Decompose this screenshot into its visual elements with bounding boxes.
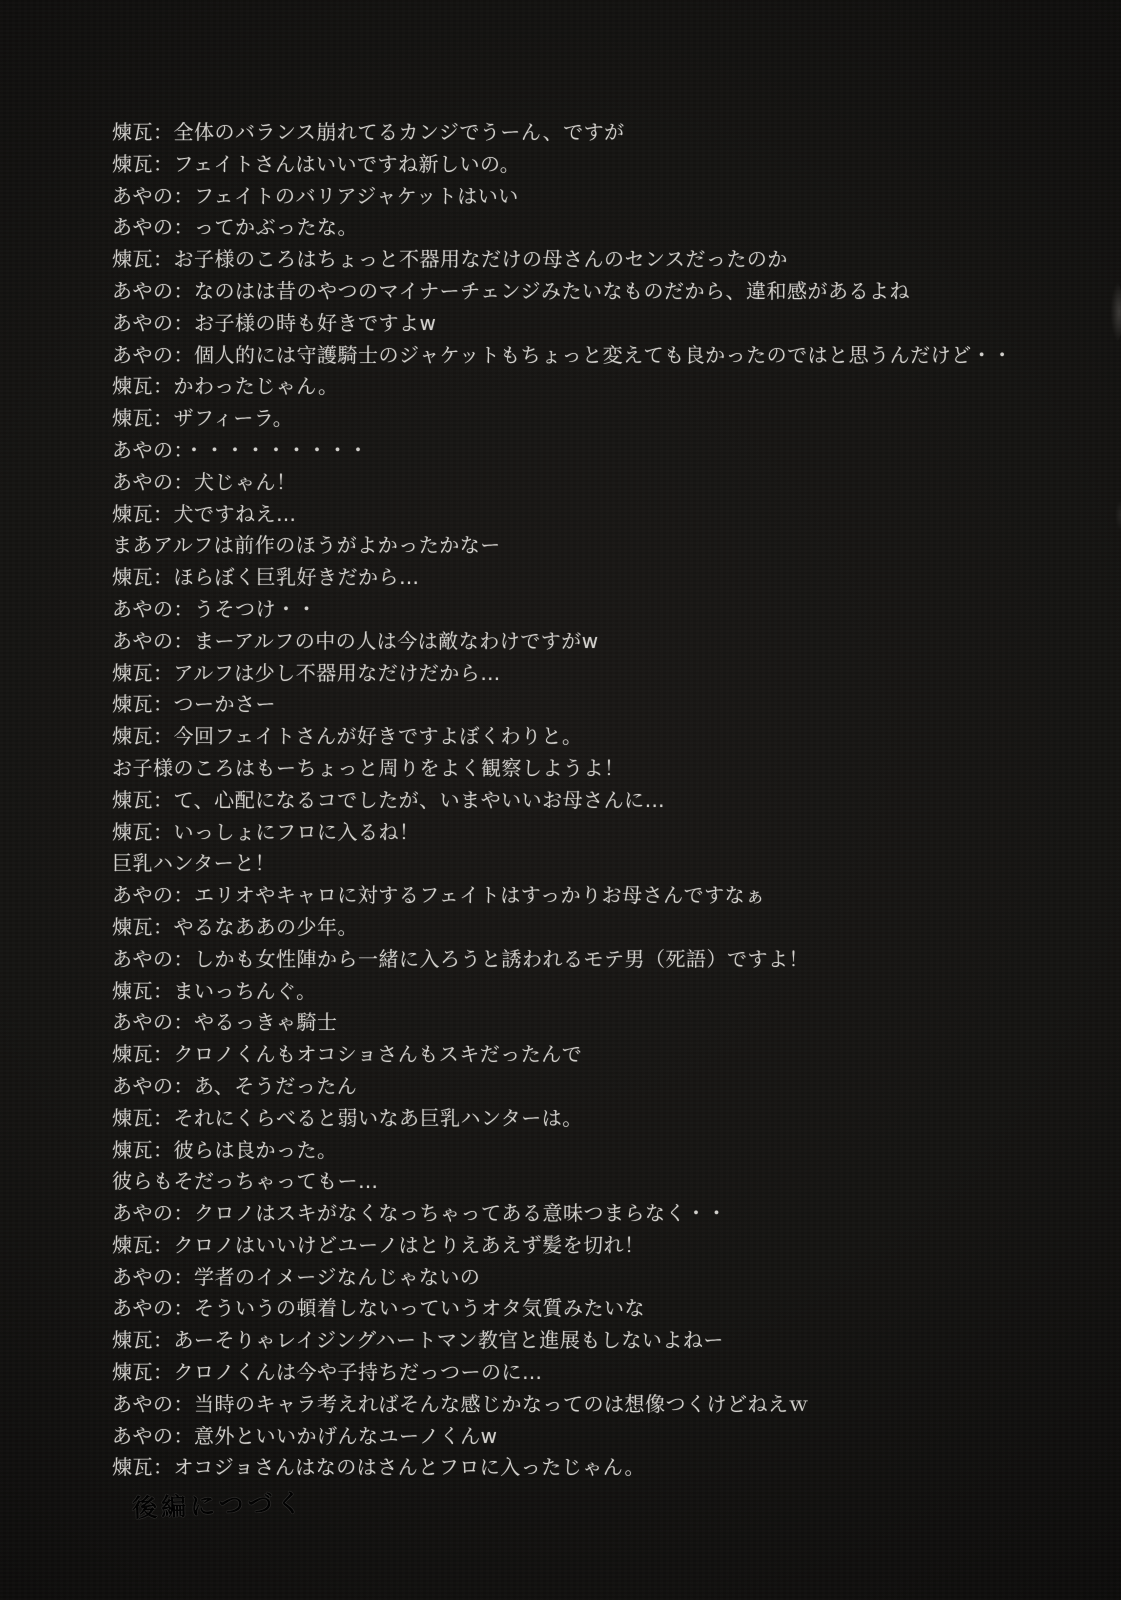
dialogue-line: 煉瓦：全体のバランス崩れてるカンジでうーん、ですが xyxy=(112,117,1072,149)
dialogue-line: まあアルフは前作のほうがよかったかなー xyxy=(112,530,1072,562)
dialogue-line: あやの：当時のキャラ考えればそんな感じかなってのは想像つくけどねえｗ xyxy=(112,1389,1072,1421)
dialogue-line: 煉瓦：今回フェイトさんが好きですよぼくわりと。 xyxy=(112,721,1072,753)
dialogue-line: 煉瓦：て、心配になるコでしたが、いまやいいお母さんに… xyxy=(112,785,1072,817)
scan-edge-artifact xyxy=(1111,283,1121,341)
dialogue-line: 煉瓦：オコジョさんはなのはさんとフロに入ったじゃん。 xyxy=(112,1452,1072,1484)
dialogue-line: あやの：エリオやキャロに対するフェイトはすっかりお母さんですなぁ xyxy=(112,880,1072,912)
dialogue-line: 煉瓦：まいっちんぐ。 xyxy=(112,976,1072,1008)
dialogue-line: あやの：ってかぶったな。 xyxy=(112,212,1072,244)
dialogue-lines: 煉瓦：全体のバランス崩れてるカンジでうーん、ですが煉瓦：フェイトさんはいいですね… xyxy=(112,117,1072,1484)
dialogue-line: 煉瓦：彼らは良かった。 xyxy=(112,1135,1072,1167)
dialogue-line: 煉瓦：犬ですねえ… xyxy=(112,499,1072,531)
dialogue-line: あやの：あ、そうだったん xyxy=(112,1071,1072,1103)
scanned-doujin-text-page: 煉瓦：全体のバランス崩れてるカンジでうーん、ですが煉瓦：フェイトさんはいいですね… xyxy=(0,0,1121,1600)
scan-edge-artifact xyxy=(1115,500,1121,530)
dialogue-line: お子様のころはもーちょっと周りをよく観察しようよ！ xyxy=(112,753,1072,785)
dialogue-line: 煉瓦：ザフィーラ。 xyxy=(112,403,1072,435)
dialogue-line: 煉瓦：クロノはいいけどユーノはとりえあえず髪を切れ！ xyxy=(112,1230,1072,1262)
dialogue-line: 煉瓦：やるなああの少年。 xyxy=(112,912,1072,944)
dialogue-line: あやの：しかも女性陣から一緒に入ろうと誘われるモテ男（死語）ですよ！ xyxy=(112,944,1072,976)
dialogue-line: 巨乳ハンターと！ xyxy=(112,848,1072,880)
dialogue-line: 煉瓦：あーそりゃレイジングハートマン教官と進展もしないよねー xyxy=(112,1325,1072,1357)
dialogue-line: あやの：そういうの頓着しないっていうオタ気質みたいな xyxy=(112,1293,1072,1325)
dialogue-line: あやの：・・・・・・・・・ xyxy=(112,435,1072,467)
dialogue-line: 煉瓦：かわったじゃん。 xyxy=(112,371,1072,403)
to-be-continued-note: 後編につづく xyxy=(131,1483,306,1524)
dialogue-line: 煉瓦：ほらぼく巨乳好きだから… xyxy=(112,562,1072,594)
dialogue-line: 煉瓦：アルフは少し不器用なだけだから… xyxy=(112,658,1072,690)
dialogue-line: あやの：学者のイメージなんじゃないの xyxy=(112,1262,1072,1294)
dialogue-line: あやの：なのはは昔のやつのマイナーチェンジみたいなものだから、違和感があるよね xyxy=(112,276,1072,308)
dialogue-line: あやの：まーアルフの中の人は今は敵なわけですがw xyxy=(112,626,1072,658)
dialogue-line: あやの：お子様の時も好きですよw xyxy=(112,308,1072,340)
dialogue-line: あやの：うそつけ・・ xyxy=(112,594,1072,626)
dialogue-line: 煉瓦：それにくらべると弱いなあ巨乳ハンターは。 xyxy=(112,1103,1072,1135)
dialogue-line: あやの：犬じゃん！ xyxy=(112,467,1072,499)
dialogue-line: 煉瓦：いっしょにフロに入るね！ xyxy=(112,817,1072,849)
dialogue-line: あやの：意外といいかげんなユーノくんw xyxy=(112,1421,1072,1453)
dialogue-line: 煉瓦：つーかさー xyxy=(112,689,1072,721)
dialogue-line: あやの：個人的には守護騎士のジャケットもちょっと変えても良かったのではと思うんだ… xyxy=(112,340,1072,372)
dialogue-line: あやの：クロノはスキがなくなっちゃってある意味つまらなく・・ xyxy=(112,1198,1072,1230)
dialogue-line: 煉瓦：お子様のころはちょっと不器用なだけの母さんのセンスだったのか xyxy=(112,244,1072,276)
dialogue-line: 煉瓦：クロノくんもオコショさんもスキだったんで xyxy=(112,1039,1072,1071)
dialogue-line: あやの：やるっきゃ騎士 xyxy=(112,1007,1072,1039)
dialogue-line: あやの：フェイトのバリアジャケットはいい xyxy=(112,181,1072,213)
dialogue-line: 煉瓦：フェイトさんはいいですね新しいの。 xyxy=(112,149,1072,181)
dialogue-line: 煉瓦：クロノくんは今や子持ちだっつーのに… xyxy=(112,1357,1072,1389)
dialogue-line: 彼らもそだっちゃってもー… xyxy=(112,1166,1072,1198)
